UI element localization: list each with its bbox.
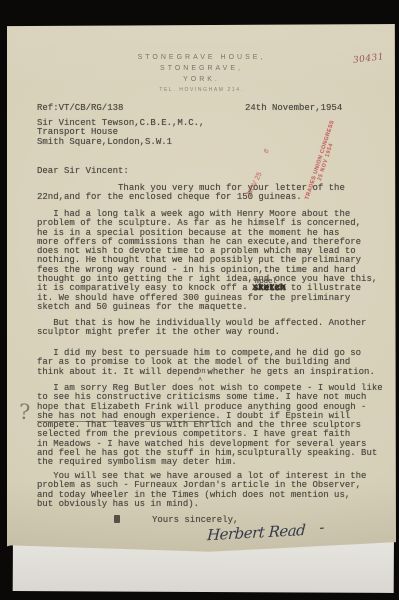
paragraph-5: I am sorry Reg Butler does not wish to c… [37,384,383,468]
strike-overtype: XXXXXX [252,284,287,293]
signature-name: Herbert Read [207,521,306,544]
struck-word-wrap: modelsketchXXXXXX [253,284,285,293]
paragraph-4: I did my best to persuade him to compete… [37,349,375,377]
closing-valediction: Yours sincerely, [152,516,238,525]
paragraph-2-text-a: I had a long talk a week ago with Henry … [37,209,377,293]
handwritten-insertion: on [197,367,206,376]
letterhead-house: STONEGRAVE HOUSE, [7,54,396,61]
letterhead-city: YORK. [7,76,396,83]
paragraph-5-text-b: I doubt if Epstein will compete. That le… [37,411,377,467]
received-small-mark: 6 [263,148,271,155]
letter-date: 24th November,1954 [245,104,342,113]
margin-question-mark: ? [19,400,31,424]
paragraph-2: I had a long talk a week ago with Henry … [37,210,377,312]
paragraph-1: Thank you very much for your letter of t… [37,184,345,203]
photo-backdrop: STONEGRAVE HOUSE, STONEGRAVE, YORK. TEL.… [0,0,399,600]
overtype-blot [114,515,120,523]
salutation: Dear Sir Vincent: [37,167,129,176]
letter-paper: STONEGRAVE HOUSE, STONEGRAVE, YORK. TEL.… [7,24,396,556]
paragraph-3: But that is how he individually would be… [37,319,366,338]
paragraph-4-text-b: whether he gets an inspiration. [202,367,375,377]
paragraph-5-text-a: I am sorry Reg Butler does not wish to c… [37,383,383,412]
signature-dash: - [319,518,325,536]
recipient-address: Sir Vincent Tewson,C.B.E.,M.C., Transpor… [37,119,204,147]
letterhead-place: STONEGRAVE, [7,65,396,72]
reference-number: Ref:VT/CB/RG/138 [37,104,123,113]
letterhead-telephone: TEL. HOVINGHAM 214. [7,87,396,93]
paragraph-6: You will see that we have aroused a lot … [37,472,366,509]
